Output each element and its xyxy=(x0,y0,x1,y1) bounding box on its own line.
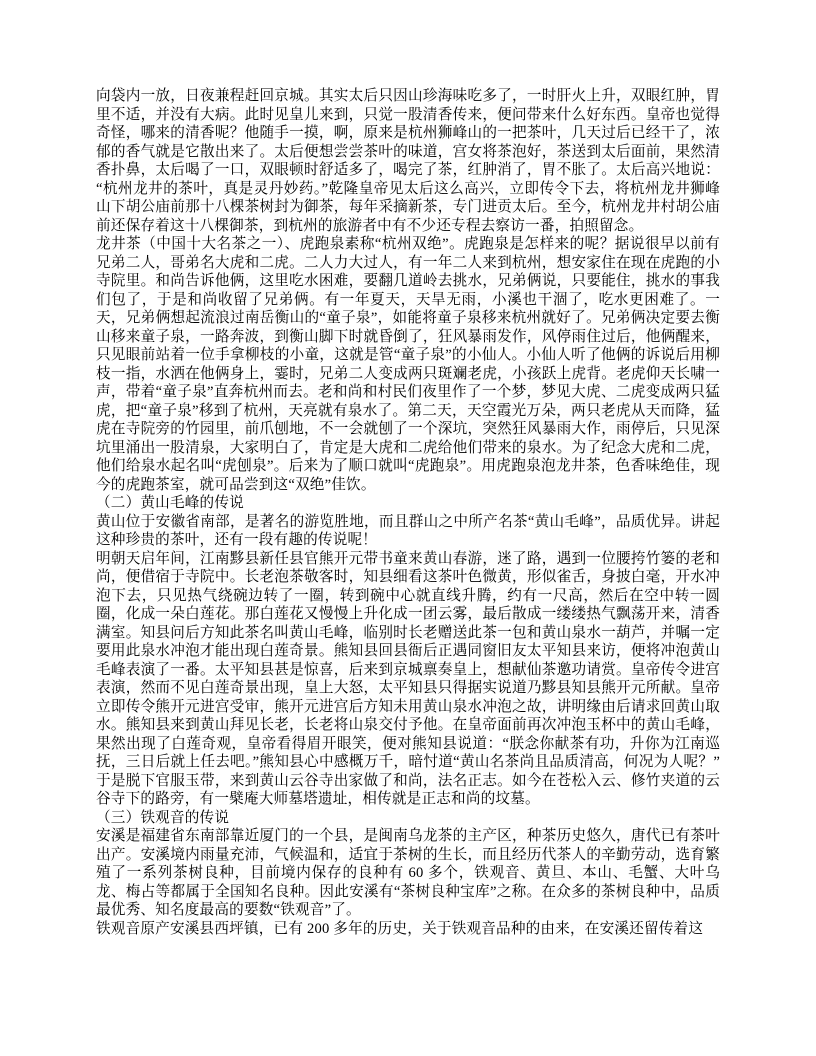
paragraph-anxi-intro: 安溪是福建省东南部靠近厦门的一个县，是闽南乌龙茶的主产区，种茶历史悠久，唐代已有… xyxy=(96,827,720,920)
paragraph-longjing-story-continued: 向袋内一放，日夜兼程赶回京城。其实太后只因山珍海味吃多了，一时肝火上升，双眼红肿… xyxy=(96,87,720,235)
section-heading-huangshan-maofeng: （二）黄山毛峰的传说 xyxy=(96,494,720,513)
paragraph-huangshan-legend: 明朝天启年间，江南黟县新任县官熊开元带书童来黄山春游，迷了路，遇到一位腰挎竹篓的… xyxy=(96,550,720,809)
paragraph-tiger-spring-legend: 龙井茶（中国十大名茶之一）、虎跑泉素称“杭州双绝”。虎跑泉是怎样来的呢？据说很早… xyxy=(96,235,720,494)
document-text-block: 向袋内一放，日夜兼程赶回京城。其实太后只因山珍海味吃多了，一时肝火上升，双眼红肿… xyxy=(96,87,720,938)
document-page: 向袋内一放，日夜兼程赶回京城。其实太后只因山珍海味吃多了，一时肝火上升，双眼红肿… xyxy=(0,0,816,1056)
paragraph-huangshan-intro: 黄山位于安徽省南部，是著名的游览胜地，而且群山之中所产名茶“黄山毛峰”，品质优异… xyxy=(96,513,720,550)
paragraph-tieguanyin-origin: 铁观音原产安溪县西坪镇，已有 200 多年的历史，关于铁观音品种的由来，在安溪还… xyxy=(96,920,720,939)
section-heading-tieguanyin: （三）铁观音的传说 xyxy=(96,809,720,828)
